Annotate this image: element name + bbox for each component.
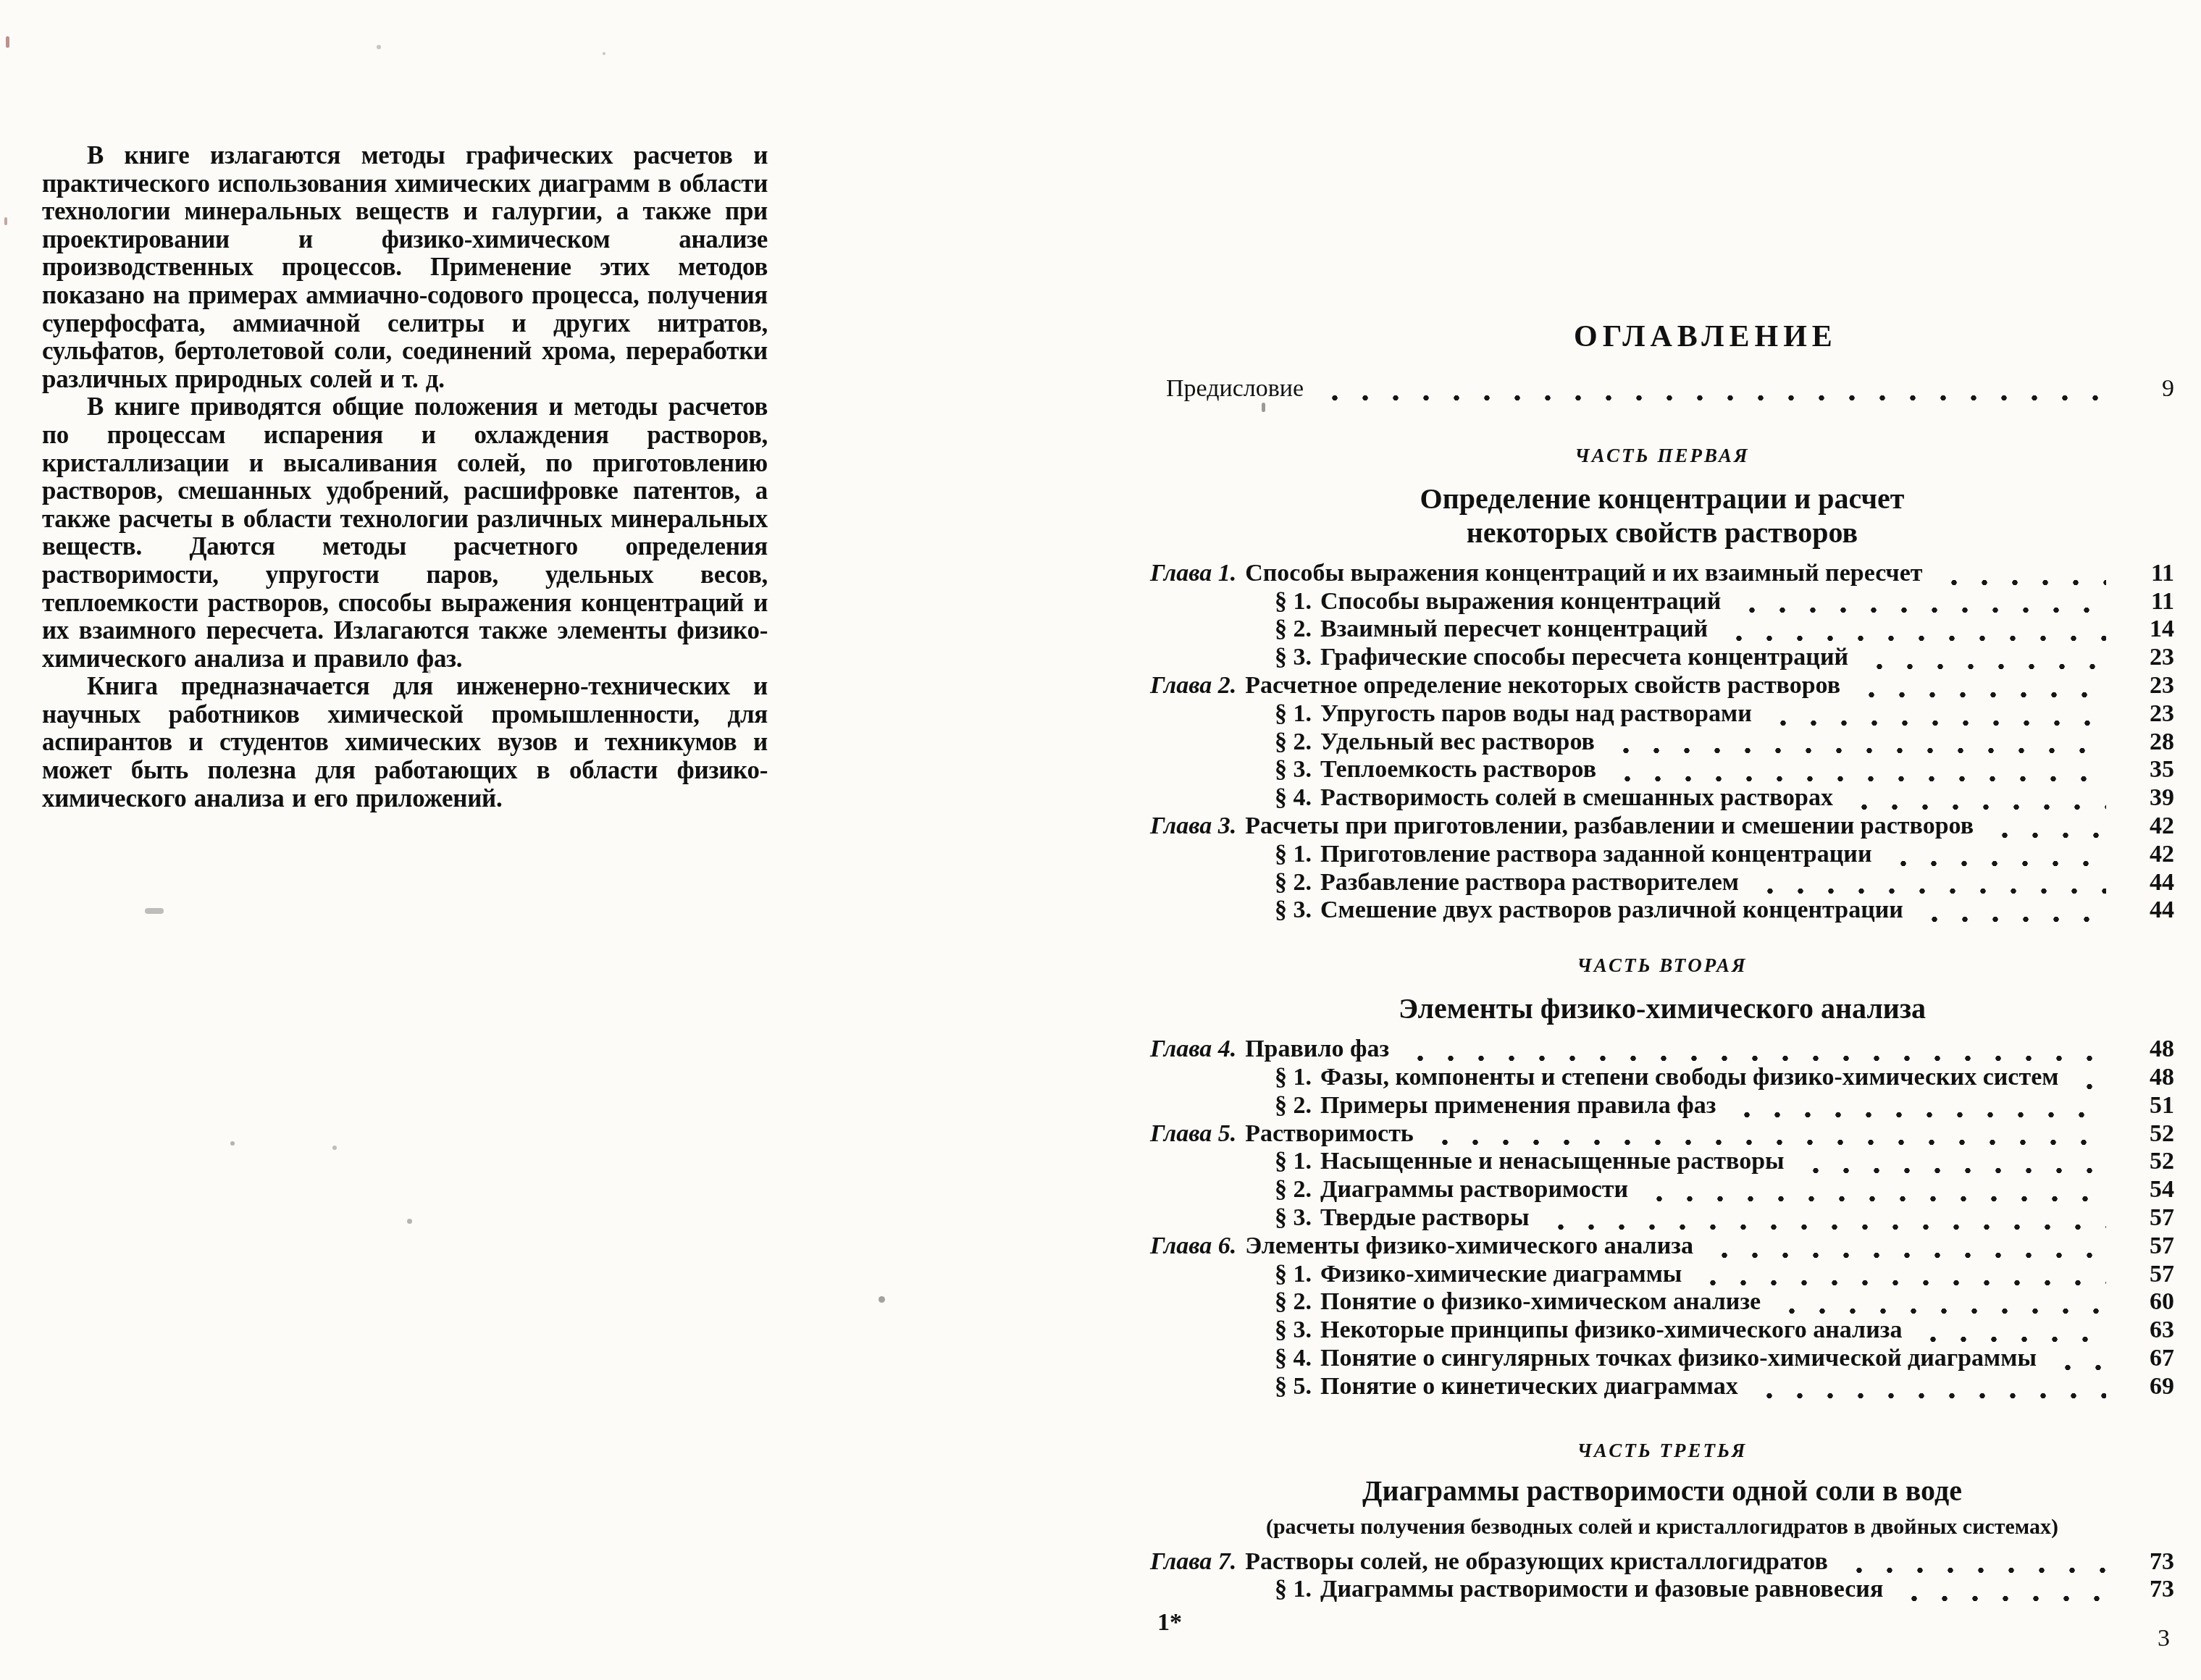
toc-entry-prefix: § 3. [1275, 1204, 1312, 1232]
toc-entry-label: Способы выражения концентраций и их взаи… [1245, 560, 1922, 588]
toc-entry-page: 35 [2116, 756, 2174, 784]
toc-entry: Предисловие9 [1150, 375, 2174, 403]
scan-speck [332, 1146, 337, 1150]
dot-leader [1750, 1392, 2106, 1398]
dot-leader [1796, 1167, 2106, 1173]
toc-entry-prefix: Глава 3. [1150, 812, 1236, 841]
toc-entry: § 2.Разбавление раствора растворителем44 [1150, 869, 2174, 897]
toc-entry-label: Элементы физико-химического анализа [1245, 1232, 1693, 1261]
scan-speck [4, 217, 7, 225]
toc-sections: Предисловие9ЧАСТЬ ПЕРВАЯОпределение конц… [1150, 375, 2174, 1604]
scan-speck [603, 52, 605, 55]
dot-leader [1315, 394, 2106, 400]
toc-entry-prefix: § 2. [1275, 1176, 1312, 1204]
toc-entry-label: Понятие о кинетических диаграммах [1320, 1373, 1738, 1401]
toc-entries: Глава 4.Правило фаз48§ 1.Фазы, компонент… [1150, 1036, 2174, 1400]
dot-leader [1764, 719, 2106, 726]
toc-entry-page: 42 [2116, 812, 2174, 841]
toc-section: ЧАСТЬ ПЕРВАЯОпределение концентрации и р… [1150, 444, 2174, 925]
toc-entry: Глава 5.Растворимость52 [1150, 1120, 2174, 1148]
toc-entry: § 1.Насыщенные и ненасыщенные растворы52 [1150, 1148, 2174, 1176]
toc-part-heading: ЧАСТЬ ВТОРАЯ [1150, 954, 2174, 977]
toc-entry: § 3.Теплоемкость растворов35 [1150, 756, 2174, 784]
toc-entry: § 3.Графические способы пересчета концен… [1150, 644, 2174, 672]
annotation-paragraph: В книге приводятся общие положения и мет… [42, 393, 768, 673]
toc-entry-prefix: § 3. [1275, 756, 1312, 784]
toc-entry-prefix: § 2. [1275, 1288, 1312, 1316]
dot-leader [1751, 887, 2106, 894]
toc-entry-prefix: § 2. [1275, 1092, 1312, 1120]
toc-entry-prefix: § 1. [1275, 1148, 1312, 1176]
dot-leader [1732, 606, 2106, 613]
toc-heading: ОГЛАВЛЕНИЕ [1237, 320, 2174, 353]
toc-entry-label: Способы выражения концентраций [1320, 588, 1721, 616]
toc-entry-page: 69 [2116, 1373, 2174, 1401]
book-annotation: В книге излагаются методы графических ра… [42, 142, 768, 812]
toc-section: ЧАСТЬ ВТОРАЯЭлементы физико-химического … [1150, 954, 2174, 1400]
toc-entry-page: 73 [2116, 1576, 2174, 1604]
toc-entry-label: Понятие о сингулярных точках физико-хими… [1320, 1345, 2037, 1373]
toc-entry: Глава 7.Растворы солей, не образующих кр… [1150, 1548, 2174, 1576]
toc-entry-page: 23 [2116, 644, 2174, 672]
toc-entry-prefix: Глава 5. [1150, 1120, 1236, 1148]
dot-leader [1884, 860, 2106, 866]
toc-entry-page: 11 [2116, 588, 2174, 616]
toc-entry-label: Удельный вес растворов [1320, 728, 1595, 757]
toc-section: Предисловие9 [1150, 375, 2174, 403]
toc-entry: § 2.Диаграммы растворимости54 [1150, 1176, 2174, 1204]
dot-leader [1541, 1223, 2106, 1230]
toc-entry-page: 57 [2116, 1261, 2174, 1289]
toc-entry: § 3.Некоторые принципы физико-химическог… [1150, 1316, 2174, 1345]
toc-entry-label: Растворимость солей в смешанных раствора… [1320, 784, 1833, 812]
toc-entry-label: Некоторые принципы физико-химического ан… [1320, 1316, 1902, 1345]
toc-entry-label: Разбавление раствора растворителем [1320, 869, 1739, 897]
toc-entry: § 1.Диаграммы растворимости и фазовые ра… [1150, 1576, 2174, 1604]
toc-entry-label: Смешение двух растворов различной концен… [1320, 896, 1903, 925]
dot-leader [1719, 634, 2106, 641]
toc-entry-prefix: Глава 7. [1150, 1548, 1236, 1576]
toc-entry-prefix: § 4. [1275, 1345, 1312, 1373]
toc-entry-page: 14 [2116, 616, 2174, 644]
toc-entry: § 1.Упругость паров воды над растворами2… [1150, 700, 2174, 728]
dot-leader [1401, 1054, 2106, 1061]
toc-entry: § 2.Понятие о физико-химическом анализе6… [1150, 1288, 2174, 1316]
toc-entry-page: 44 [2116, 896, 2174, 925]
dot-leader [1860, 663, 2106, 669]
toc-section: ЧАСТЬ ТРЕТЬЯДиаграммы растворимости одно… [1150, 1439, 2174, 1605]
scan-speck [427, 670, 431, 673]
toc-entry: § 4.Растворимость солей в смешанных раст… [1150, 784, 2174, 812]
toc-part-heading: ЧАСТЬ ПЕРВАЯ [1150, 444, 2174, 467]
toc-entry-prefix: Глава 4. [1150, 1036, 1236, 1064]
toc-entry-page: 57 [2116, 1232, 2174, 1261]
scan-speck [407, 1219, 412, 1224]
toc-entry: § 2.Примеры применения правила фаз51 [1150, 1092, 2174, 1120]
dot-leader [1608, 775, 2106, 781]
dot-leader [1913, 1335, 2106, 1342]
toc-entry-label: Взаимный пересчет концентраций [1320, 616, 1708, 644]
toc-entry: § 3.Твердые растворы57 [1150, 1204, 2174, 1232]
toc-entry-label: Понятие о физико-химическом анализе [1320, 1288, 1761, 1316]
table-of-contents: ОГЛАВЛЕНИЕ Предисловие9ЧАСТЬ ПЕРВАЯОпред… [1150, 320, 2174, 1604]
dot-leader [1985, 831, 2106, 838]
toc-entries: Предисловие9 [1150, 375, 2174, 403]
toc-entry-prefix: § 5. [1275, 1373, 1312, 1401]
toc-entry-page: 63 [2116, 1316, 2174, 1345]
toc-entry: Глава 3.Расчеты при приготовлении, разба… [1150, 812, 2174, 841]
toc-entry-page: 54 [2116, 1176, 2174, 1204]
annotation-paragraph: Книга предназначается для инженерно-техн… [42, 673, 768, 812]
dot-leader [1915, 915, 2106, 922]
dot-leader [1840, 1566, 2106, 1573]
toc-entry-page: 52 [2116, 1120, 2174, 1148]
signature-mark: 1* [1157, 1609, 1182, 1637]
toc-part-title-line: Элементы физико-химического анализа [1150, 991, 2174, 1025]
toc-entries: Глава 7.Растворы солей, не образующих кр… [1150, 1548, 2174, 1605]
toc-entry-page: 39 [2116, 784, 2174, 812]
toc-entry-page: 42 [2116, 841, 2174, 869]
toc-entry-label: Графические способы пересчета концентрац… [1320, 644, 1848, 672]
toc-entry: § 3.Смешение двух растворов различной ко… [1150, 896, 2174, 925]
toc-entry-label: Упругость паров воды над растворами [1320, 700, 1752, 728]
toc-entry-prefix: § 2. [1275, 728, 1312, 757]
toc-entry: Глава 2.Расчетное определение некоторых … [1150, 672, 2174, 700]
toc-entry-label: Приготовление раствора заданной концентр… [1320, 841, 1872, 869]
toc-part-title: Элементы физико-химического анализа [1150, 991, 2174, 1025]
dot-leader [1693, 1279, 2106, 1285]
toc-entry-label: Фазы, компоненты и степени свободы физик… [1320, 1064, 2058, 1092]
annotation-paragraph: В книге излагаются методы графических ра… [42, 142, 768, 393]
toc-entry-prefix: Глава 6. [1150, 1232, 1236, 1261]
toc-entry-page: 44 [2116, 869, 2174, 897]
toc-entry-label: Расчеты при приготовлении, разбавлении и… [1245, 812, 1974, 841]
toc-entry-label: Насыщенные и ненасыщенные растворы [1320, 1148, 1785, 1176]
toc-entry-page: 73 [2116, 1548, 2174, 1576]
dot-leader [1895, 1595, 2106, 1601]
dot-leader [1705, 1251, 2106, 1258]
toc-entry-label: Теплоемкость растворов [1320, 756, 1596, 784]
toc-entry-label: Примеры применения правила фаз [1320, 1092, 1716, 1120]
toc-entry-label: Правило фаз [1245, 1036, 1389, 1064]
toc-entry-label: Диаграммы растворимости [1320, 1176, 1628, 1204]
toc-entry-prefix: § 1. [1275, 1064, 1312, 1092]
toc-entry-page: 48 [2116, 1064, 2174, 1092]
dot-leader [1425, 1138, 2106, 1145]
toc-part-title: Определение концентрации и расчетнекотор… [1150, 482, 2174, 550]
toc-part-title-line: Определение концентрации и расчет [1150, 482, 2174, 516]
dot-leader [1606, 747, 2106, 753]
toc-entry-page: 11 [2116, 560, 2174, 588]
toc-part-title-line: некоторых свойств растворов [1150, 516, 2174, 550]
dot-leader [1727, 1111, 2106, 1117]
scan-speck [145, 908, 164, 914]
toc-entry-prefix: Глава 1. [1150, 560, 1236, 588]
toc-part-subtitle: (расчеты получения безводных солей и кри… [1150, 1513, 2174, 1541]
toc-entry-prefix: § 3. [1275, 644, 1312, 672]
toc-entry-page: 9 [2116, 375, 2174, 403]
page-number: 3 [2126, 1625, 2170, 1652]
scan-speck [879, 1296, 885, 1303]
toc-entry-prefix: § 4. [1275, 784, 1312, 812]
toc-part-title: Диаграммы растворимости одной соли в вод… [1150, 1474, 2174, 1508]
dot-leader [2048, 1364, 2106, 1370]
toc-entry-label: Предисловие [1166, 375, 1304, 403]
toc-entry-prefix: § 3. [1275, 896, 1312, 925]
toc-entry: § 4.Понятие о сингулярных точках физико-… [1150, 1345, 2174, 1373]
toc-entry: § 1.Способы выражения концентраций11 [1150, 588, 2174, 616]
toc-entry: § 5.Понятие о кинетических диаграммах69 [1150, 1373, 2174, 1401]
toc-entry: § 2.Удельный вес растворов28 [1150, 728, 2174, 757]
toc-entry-label: Растворимость [1245, 1120, 1414, 1148]
toc-entry: Глава 6.Элементы физико-химического анал… [1150, 1232, 2174, 1261]
toc-entry-label: Диаграммы растворимости и фазовые равнов… [1320, 1576, 1883, 1604]
toc-entry-page: 48 [2116, 1036, 2174, 1064]
toc-entry-prefix: § 1. [1275, 700, 1312, 728]
toc-entry: § 2.Взаимный пересчет концентраций14 [1150, 616, 2174, 644]
toc-entry-prefix: § 2. [1275, 616, 1312, 644]
toc-entry-page: 28 [2116, 728, 2174, 757]
scan-speck [1262, 403, 1265, 412]
dot-leader [1845, 803, 2106, 810]
toc-entry: § 1.Физико-химические диаграммы57 [1150, 1261, 2174, 1289]
toc-entry: § 1.Приготовление раствора заданной конц… [1150, 841, 2174, 869]
toc-entry-label: Расчетное определение некоторых свойств … [1245, 672, 1840, 700]
toc-entry-page: 67 [2116, 1345, 2174, 1373]
toc-entry-page: 52 [2116, 1148, 2174, 1176]
dot-leader [1640, 1195, 2106, 1201]
toc-entry-prefix: § 2. [1275, 869, 1312, 897]
scan-speck [6, 36, 9, 48]
toc-entry-label: Растворы солей, не образующих кристаллог… [1245, 1548, 1828, 1576]
dot-leader [1934, 579, 2106, 585]
toc-entry-page: 60 [2116, 1288, 2174, 1316]
scan-speck [230, 1141, 235, 1146]
toc-part-heading: ЧАСТЬ ТРЕТЬЯ [1150, 1439, 2174, 1462]
toc-entry-page: 23 [2116, 672, 2174, 700]
dot-leader [2070, 1083, 2106, 1089]
toc-entry-prefix: § 1. [1275, 1261, 1312, 1289]
toc-entry-page: 57 [2116, 1204, 2174, 1232]
toc-entry-label: Твердые растворы [1320, 1204, 1530, 1232]
toc-entry: Глава 4.Правило фаз48 [1150, 1036, 2174, 1064]
toc-entry-prefix: § 1. [1275, 1576, 1312, 1604]
toc-entry-prefix: § 3. [1275, 1316, 1312, 1345]
dot-leader [1772, 1307, 2106, 1314]
toc-entries: Глава 1.Способы выражения концентраций и… [1150, 560, 2174, 925]
toc-entry-label: Физико-химические диаграммы [1320, 1261, 1682, 1289]
toc-entry-page: 23 [2116, 700, 2174, 728]
scan-speck [377, 45, 381, 49]
toc-entry-prefix: § 1. [1275, 588, 1312, 616]
toc-part-title-line: Диаграммы растворимости одной соли в вод… [1150, 1474, 2174, 1508]
toc-entry: § 1.Фазы, компоненты и степени свободы ф… [1150, 1064, 2174, 1092]
toc-entry: Глава 1.Способы выражения концентраций и… [1150, 560, 2174, 588]
toc-entry-prefix: Глава 2. [1150, 672, 1236, 700]
toc-entry-prefix: § 1. [1275, 841, 1312, 869]
toc-entry-page: 51 [2116, 1092, 2174, 1120]
dot-leader [1852, 691, 2106, 697]
